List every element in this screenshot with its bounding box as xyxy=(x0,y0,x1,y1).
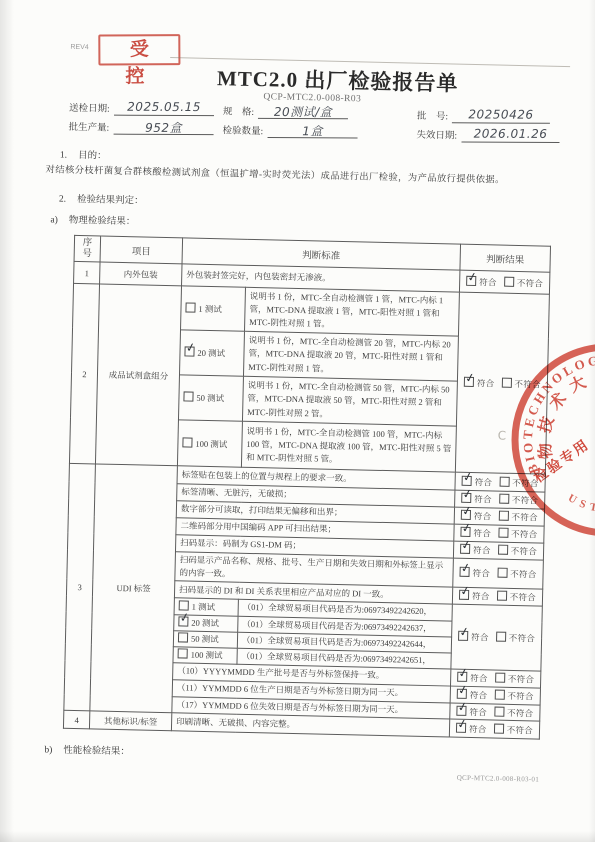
check-mark-icon: ✓ xyxy=(466,269,479,285)
option-100-test: 100 测试 xyxy=(177,420,242,467)
section-result-judge: 2.检验结果判定： xyxy=(59,191,144,207)
item-name: 成品试剂盒组分 xyxy=(95,284,181,466)
option-label: 1 测试 xyxy=(192,602,216,613)
item-name: 其他标识/标签 xyxy=(89,711,171,731)
handwritten-value: 1盒 xyxy=(267,122,357,138)
option-checkbox-checked: ✓ xyxy=(178,616,188,627)
item-name: UDI 标签 xyxy=(90,464,178,713)
option-checkbox xyxy=(178,649,188,660)
gtin-option-20-test: ✓20 测试 xyxy=(174,614,238,632)
section-number: a) xyxy=(50,215,58,225)
gtin-option-100-test: 100 测试 xyxy=(173,647,237,665)
col-header-no: 序号 xyxy=(74,235,101,262)
section-label: 物理检验结果： xyxy=(69,216,136,228)
section-purpose: 1.目的： xyxy=(60,147,107,162)
option-20-test: ✓20 测试 xyxy=(179,330,244,376)
option-label: 1 测试 xyxy=(198,303,222,314)
section-label: 检验结果判定： xyxy=(77,195,144,207)
handwritten-value: 2025.05.15 xyxy=(114,100,214,117)
check-mark-icon: ✓ xyxy=(459,583,472,599)
option-1-test: 1 测试 xyxy=(181,286,246,331)
handwritten-value: 20测试/盒 xyxy=(258,103,348,119)
checkbox-fail xyxy=(495,673,505,683)
pass-label: 符合 xyxy=(473,528,491,538)
field-expiry-date: 失效日期:2026.01.26 xyxy=(416,125,559,144)
pass-label: 符合 xyxy=(470,673,488,683)
checkbox-pass: ✓ xyxy=(459,567,469,578)
field-sample-qty: 检验数量:1盒 xyxy=(222,120,357,139)
pass-label: 符合 xyxy=(469,707,487,717)
pass-label: 符合 xyxy=(469,724,487,734)
section-label: 目的： xyxy=(78,151,107,162)
scan-edge-shadow-right xyxy=(589,0,595,842)
section-physical: a)物理检验结果： xyxy=(50,211,135,227)
field-spec: 规 格:20测试/盒 xyxy=(223,101,348,120)
option-label: 20 测试 xyxy=(191,618,219,629)
result-cell: ✓符合不符合 xyxy=(451,604,542,671)
scan-edge-shadow-bottom xyxy=(0,831,595,842)
criteria-text: 说明书 1 份，MTC-全自动检测管 20 管，MTC-内标 20 管，MTC-… xyxy=(243,331,458,381)
checkbox-pass: ✓ xyxy=(462,475,472,486)
checkbox-fail xyxy=(494,723,504,733)
option-label: 50 测试 xyxy=(196,393,224,404)
field-label: 检验数量: xyxy=(222,126,263,137)
checkbox-fail xyxy=(504,276,514,286)
item-name: 内外包装 xyxy=(100,262,182,286)
section-number: b) xyxy=(44,745,52,755)
section-performance: b)性能检验结果： xyxy=(44,741,130,757)
purpose-paragraph: 对结核分枝杆菌复合群核酸检测试剂盒（恒温扩增-实时荧光法）成品进行出厂检验，为产… xyxy=(45,164,577,190)
option-label: 20 测试 xyxy=(197,348,225,359)
field-label: 批 号: xyxy=(417,112,448,123)
field-batch-yield: 批生产量:952盒 xyxy=(68,117,213,136)
checkbox-pass: ✓ xyxy=(460,544,470,555)
checkbox-pass: ✓ xyxy=(456,722,466,733)
fail-label: 不符合 xyxy=(508,674,535,685)
pass-label: 符合 xyxy=(475,477,493,487)
checkbox-pass: ✓ xyxy=(456,705,466,716)
checkbox-fail xyxy=(497,591,507,601)
check-mark-icon: ✓ xyxy=(464,370,477,386)
field-inspection-date: 送检日期:2025.05.15 xyxy=(69,98,214,117)
option-checkbox xyxy=(182,437,192,448)
scan-edge-shadow-left xyxy=(0,0,14,842)
pass-label: 符合 xyxy=(472,591,490,601)
criteria-text: 说明书 1 份，MTC-全自动检测管 100 管，MTC-内标 100 管，MT… xyxy=(241,421,456,472)
pass-label: 符合 xyxy=(474,511,492,521)
checkbox-pass: ✓ xyxy=(459,590,469,601)
check-mark-icon: ✓ xyxy=(459,560,472,576)
row-number: 1 xyxy=(74,261,100,284)
checkbox-fail xyxy=(496,632,506,642)
field-batch-no: 批 号:20250426 xyxy=(417,106,550,125)
pass-label: 符合 xyxy=(479,277,497,287)
pass-label: 符合 xyxy=(474,494,492,504)
handwritten-value: 2026.01.26 xyxy=(461,127,559,144)
section-number: 2. xyxy=(59,195,66,205)
rev-mark: REV4 xyxy=(70,44,88,51)
option-label: 100 测试 xyxy=(191,650,223,661)
checkbox-pass: ✓ xyxy=(466,275,476,286)
checkbox-fail xyxy=(494,706,504,716)
result-cell: ✓符合不符合 xyxy=(459,270,549,294)
option-label: 100 测试 xyxy=(195,438,227,449)
pass-label: 符合 xyxy=(471,632,489,642)
physical-inspection-table: 序号 项目 判断标准 判断结果 1 内外包装 外包装封签完好，内包装密封无渗液。… xyxy=(63,235,551,740)
criteria-text: 说明书 1 份，MTC-全自动检测管 1 管，MTC-内标 1 管，MTC-DN… xyxy=(244,287,459,336)
field-label: 规 格: xyxy=(223,107,254,118)
row-number: 4 xyxy=(63,710,89,729)
scanned-inspection-report-page: REV4 受 控 MTC2.0 出厂检验报告单 QCP-MTC2.0-008-R… xyxy=(0,0,595,842)
option-checkbox xyxy=(178,633,188,644)
check-mark-icon: ✓ xyxy=(184,340,196,356)
section-number: 1. xyxy=(60,151,67,161)
inspection-seal: BIOTECHNOLOGIES ( USTAR 物技术大 检验专用 xyxy=(492,323,595,583)
option-50-test: 50 测试 xyxy=(178,375,243,421)
col-header-item: 项目 xyxy=(100,236,183,264)
field-label: 失效日期: xyxy=(416,131,457,142)
row-number: 2 xyxy=(69,283,99,464)
pass-label: 符合 xyxy=(473,545,491,555)
field-label: 送检日期: xyxy=(69,104,110,115)
fail-label: 不符合 xyxy=(510,592,537,603)
checkbox-fail xyxy=(494,690,504,700)
gtin-option-50-test: 50 测试 xyxy=(173,630,237,648)
pass-label: 符合 xyxy=(470,690,488,700)
fail-label: 不符合 xyxy=(509,633,536,644)
footer-document-code: QCP-MTC2.0-008-R03-01 xyxy=(442,773,554,784)
table-row: 2 成品试剂盒组分 1 测试 说明书 1 份，MTC-全自动检测管 1 管，MT… xyxy=(73,283,550,338)
field-label: 批生产量: xyxy=(68,123,109,134)
fail-label: 不符合 xyxy=(507,725,534,736)
result-cell: ✓符合不符合 xyxy=(452,587,542,606)
checkbox-pass: ✓ xyxy=(464,376,474,387)
fail-label: 不符合 xyxy=(507,707,534,718)
option-checkbox xyxy=(185,302,195,313)
option-label: 50 测试 xyxy=(191,634,219,645)
handwritten-value: 952盒 xyxy=(113,119,213,136)
option-checkbox-checked: ✓ xyxy=(184,346,194,357)
checkbox-pass: ✓ xyxy=(458,631,468,642)
fail-label: 不符合 xyxy=(507,691,534,702)
pass-label: 符合 xyxy=(472,568,490,578)
option-checkbox xyxy=(183,391,193,402)
criteria-text: 说明书 1 份，MTC-全自动检测管 50 管，MTC-内标 50 管，MTC-… xyxy=(242,376,457,426)
fail-label: 不符合 xyxy=(517,277,544,288)
result-cell: ✓符合不符合 xyxy=(449,719,539,739)
section-label: 性能检验结果： xyxy=(63,746,130,758)
check-mark-icon: ✓ xyxy=(458,624,471,640)
handwritten-value: 20250426 xyxy=(452,107,550,124)
col-header-result: 判断结果 xyxy=(460,244,551,272)
